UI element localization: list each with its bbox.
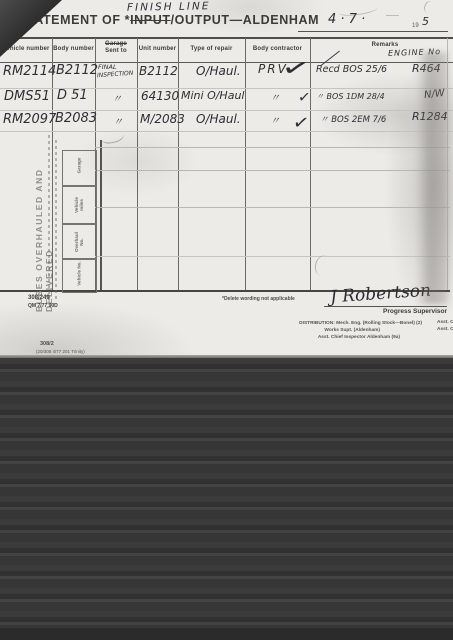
distribution-line-2: Works Supt. (Aldenham) [230, 328, 380, 333]
grid-line [95, 256, 450, 257]
title-suffix: /OUTPUT—ALDENHAM [171, 13, 319, 27]
subtable-label-vehicle-no: Vehicle No. [77, 261, 82, 287]
cell-unit: M/2083 [140, 112, 185, 126]
subtable-label-garage: Garage [77, 154, 82, 178]
handwritten-year: 5 [422, 15, 429, 28]
col-header-sent-to: Sent to [95, 48, 137, 55]
grid-line [95, 207, 450, 208]
page-title: STATEMENT OF *INPUT/OUTPUT—ALDENHAM [18, 13, 319, 27]
checkmark: ✓ [279, 52, 313, 84]
table-top-border [0, 37, 453, 39]
cell-repair: Mini O/Haul [181, 89, 244, 102]
grid-line [245, 38, 246, 290]
distribution-right-truncated: Asst. C [437, 327, 453, 332]
illegible-note-line [55, 140, 57, 300]
subtable-label-overhaul-no: Overhaul No. [74, 229, 84, 255]
distribution-line-3: Asst. Chief Inspector Aldenham (9a) [230, 335, 400, 340]
col-header-unit-number: Unit number [137, 46, 178, 53]
cell-unit: 64130 [141, 89, 179, 103]
cell-contractor: 〃 [270, 89, 280, 104]
form-number: 308/249 [28, 295, 50, 301]
cell-remarks: 〃 BOS 2EM 7/6 [320, 113, 386, 125]
side-rotated-text: BUSES OVERHAULED AND DELIVERED [34, 102, 54, 312]
printed-year: 19 [412, 23, 419, 29]
col-header-garage-sent-to: Garage Sent to [95, 41, 137, 54]
illegible-note-line [48, 135, 50, 303]
date-underline [298, 31, 448, 32]
scanned-document: FINISH LINE STATEMENT OF *INPUT/OUTPUT—A… [0, 0, 453, 640]
col-header-body-number: Body number [52, 46, 95, 53]
cell-repair: O/Haul. [196, 64, 241, 78]
col-header-type-of-repair: Type of repair [178, 46, 245, 53]
cell-sent-to: 〃 [112, 90, 122, 105]
cell-body: B2083 [55, 111, 97, 126]
signature-title: Progress Supervisor [347, 308, 447, 315]
cell-body: B2112 [56, 63, 98, 78]
delete-wording-footnote: *Delete wording not applicable [222, 296, 295, 302]
cell-vehicle: RM2114 [3, 64, 56, 79]
cell-unit: B2112 [139, 64, 178, 78]
col-header-body-contractor: Body contractor [245, 46, 310, 53]
scanner-background [0, 358, 453, 640]
distribution-right-truncated: Asst. C [437, 320, 453, 325]
grid-line [95, 147, 450, 148]
form-code-2: (20/308 4/77 201 Trinity) [36, 349, 85, 354]
cell-sent-to-2: INSPECTION [97, 70, 134, 80]
scan-shadow [416, 52, 448, 304]
distribution-line-1: DISTRIBUTION: Mech. Eng. (Rolling Stock—… [230, 321, 422, 326]
handwritten-finish-line: FINISH LINE [127, 0, 211, 13]
scanner-background-bottom [0, 628, 453, 640]
title-struck-input: INPUT [130, 13, 171, 27]
cell-remarks: Recd BOS 25/6 [316, 64, 387, 75]
checkmark: ✓ [297, 87, 311, 106]
paper-sheet: FINISH LINE STATEMENT OF *INPUT/OUTPUT—A… [0, 0, 453, 358]
cell-contractor: 〃 [270, 112, 280, 127]
cell-body: D 51 [57, 88, 88, 103]
grid-line [137, 38, 138, 290]
grid-line [100, 140, 102, 291]
subtable-label-vehicle-miles: Vehicle miles [74, 191, 84, 219]
grid-line [0, 131, 453, 132]
form-number-2: 308/2 [40, 341, 54, 347]
form-code: QM 7/77 90D [28, 303, 58, 309]
pencil-scribble [99, 126, 126, 146]
cell-sent-to: FINAL [98, 63, 117, 71]
cell-remarks: 〃 BOS 1DM 28/4 [316, 91, 385, 102]
cell-repair: O/Haul. [196, 112, 241, 126]
grid-line [178, 38, 179, 290]
pencil-scribble [386, 15, 399, 17]
signature-underline [324, 306, 447, 307]
grid-line [95, 170, 450, 171]
cell-sent-to: 〃 [113, 113, 123, 128]
